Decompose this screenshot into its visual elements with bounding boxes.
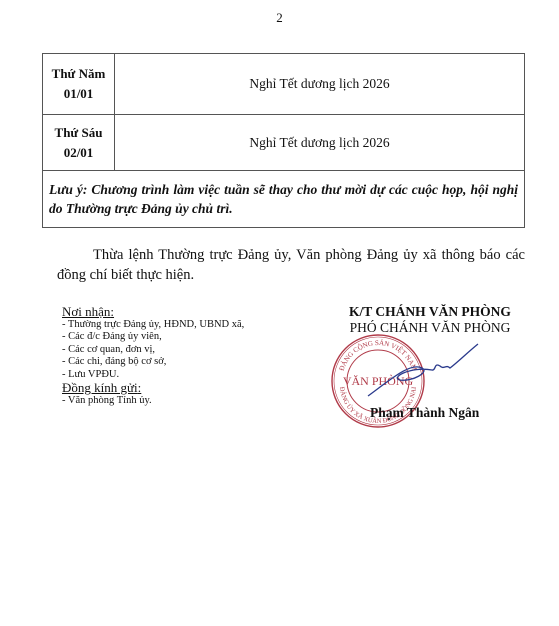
event-cell: Nghỉ Tết dương lịch 2026 bbox=[115, 115, 525, 171]
recipient-item: - Các chi, đảng bộ cơ sở, bbox=[62, 356, 312, 368]
page-number: 2 bbox=[0, 10, 559, 26]
note-row: Lưu ý: Chương trình làm việc tuần sẽ tha… bbox=[43, 171, 525, 228]
table-row: Thứ Sáu 02/01 Nghỉ Tết dương lịch 2026 bbox=[43, 115, 525, 171]
signature-block: K/T CHÁNH VĂN PHÒNG PHÓ CHÁNH VĂN PHÒNG bbox=[330, 304, 530, 336]
recipients-block: Nơi nhận: - Thường trực Đảng ủy, HĐND, U… bbox=[62, 304, 312, 407]
recipient-item: - Thường trực Đảng ủy, HĐND, UBND xã, bbox=[62, 319, 312, 331]
table-row: Thứ Năm 01/01 Nghỉ Tết dương lịch 2026 bbox=[43, 54, 525, 115]
day-name: Thứ Năm bbox=[43, 64, 114, 84]
day-date: 02/01 bbox=[43, 143, 114, 163]
recipients-heading: Nơi nhận: bbox=[62, 304, 312, 319]
event-cell: Nghỉ Tết dương lịch 2026 bbox=[115, 54, 525, 115]
note-text: Lưu ý: Chương trình làm việc tuần sẽ tha… bbox=[43, 171, 525, 228]
day-date: 01/01 bbox=[43, 84, 114, 104]
day-cell: Thứ Sáu 02/01 bbox=[43, 115, 115, 171]
recipient-item: - Các cơ quan, đơn vị, bbox=[62, 344, 312, 356]
day-name: Thứ Sáu bbox=[43, 123, 114, 143]
signer-name: Phạm Thành Ngân bbox=[370, 405, 479, 421]
signature-title-1: K/T CHÁNH VĂN PHÒNG bbox=[330, 304, 530, 320]
handwritten-signature-icon bbox=[360, 340, 480, 400]
body-paragraph: Thừa lệnh Thường trực Đảng ủy, Văn phòng… bbox=[57, 245, 525, 285]
recipient-item: - Các đ/c Đảng ủy viên, bbox=[62, 331, 312, 343]
day-cell: Thứ Năm 01/01 bbox=[43, 54, 115, 115]
cc-item: - Văn phòng Tỉnh ủy. bbox=[62, 395, 312, 407]
schedule-table: Thứ Năm 01/01 Nghỉ Tết dương lịch 2026 T… bbox=[42, 53, 525, 228]
cc-heading: Đồng kính gửi: bbox=[62, 381, 312, 395]
